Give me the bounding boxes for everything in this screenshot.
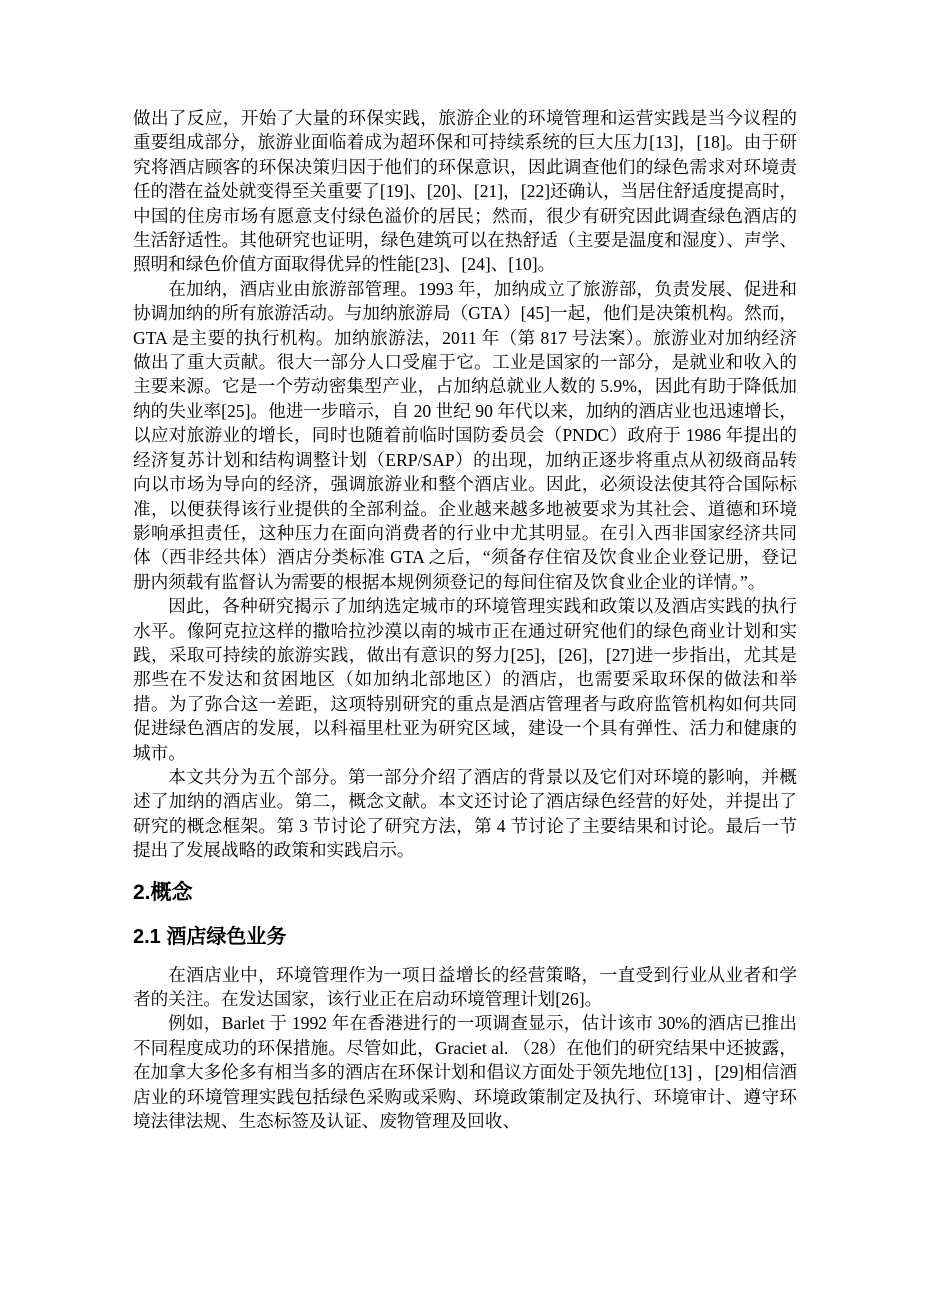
subsection-heading-hotel-green-business: 2.1 酒店绿色业务	[133, 925, 797, 950]
section-heading-concepts: 2.概念	[133, 880, 797, 906]
paragraph-research-gap: 因此，各种研究揭示了加纳选定城市的环境管理实践和政策以及酒店实践的执行水平。像阿…	[133, 594, 797, 765]
paragraph-environmental-management: 在酒店业中，环境管理作为一项日益增长的经营策略，一直受到行业从业者和学者的关注。…	[133, 963, 797, 1012]
document-page: 做出了反应，开始了大量的环保实践，旅游企业的环境管理和运营实践是当今议程的重要组…	[0, 0, 926, 1309]
paragraph-ghana-tourism: 在加纳，酒店业由旅游部管理。1993 年，加纳成立了旅游部，负责发展、促进和协调…	[133, 277, 797, 594]
paragraph-continuation: 做出了反应，开始了大量的环保实践，旅游企业的环境管理和运营实践是当今议程的重要组…	[133, 106, 797, 277]
paragraph-hongkong-survey: 例如，Barlet 于 1992 年在香港进行的一项调查显示，估计该市 30%的…	[133, 1011, 797, 1133]
page-content: 做出了反应，开始了大量的环保实践，旅游企业的环境管理和运营实践是当今议程的重要组…	[133, 106, 797, 1133]
paragraph-paper-structure: 本文共分为五个部分。第一部分介绍了酒店的背景以及它们对环境的影响，并概述了加纳的…	[133, 765, 797, 863]
